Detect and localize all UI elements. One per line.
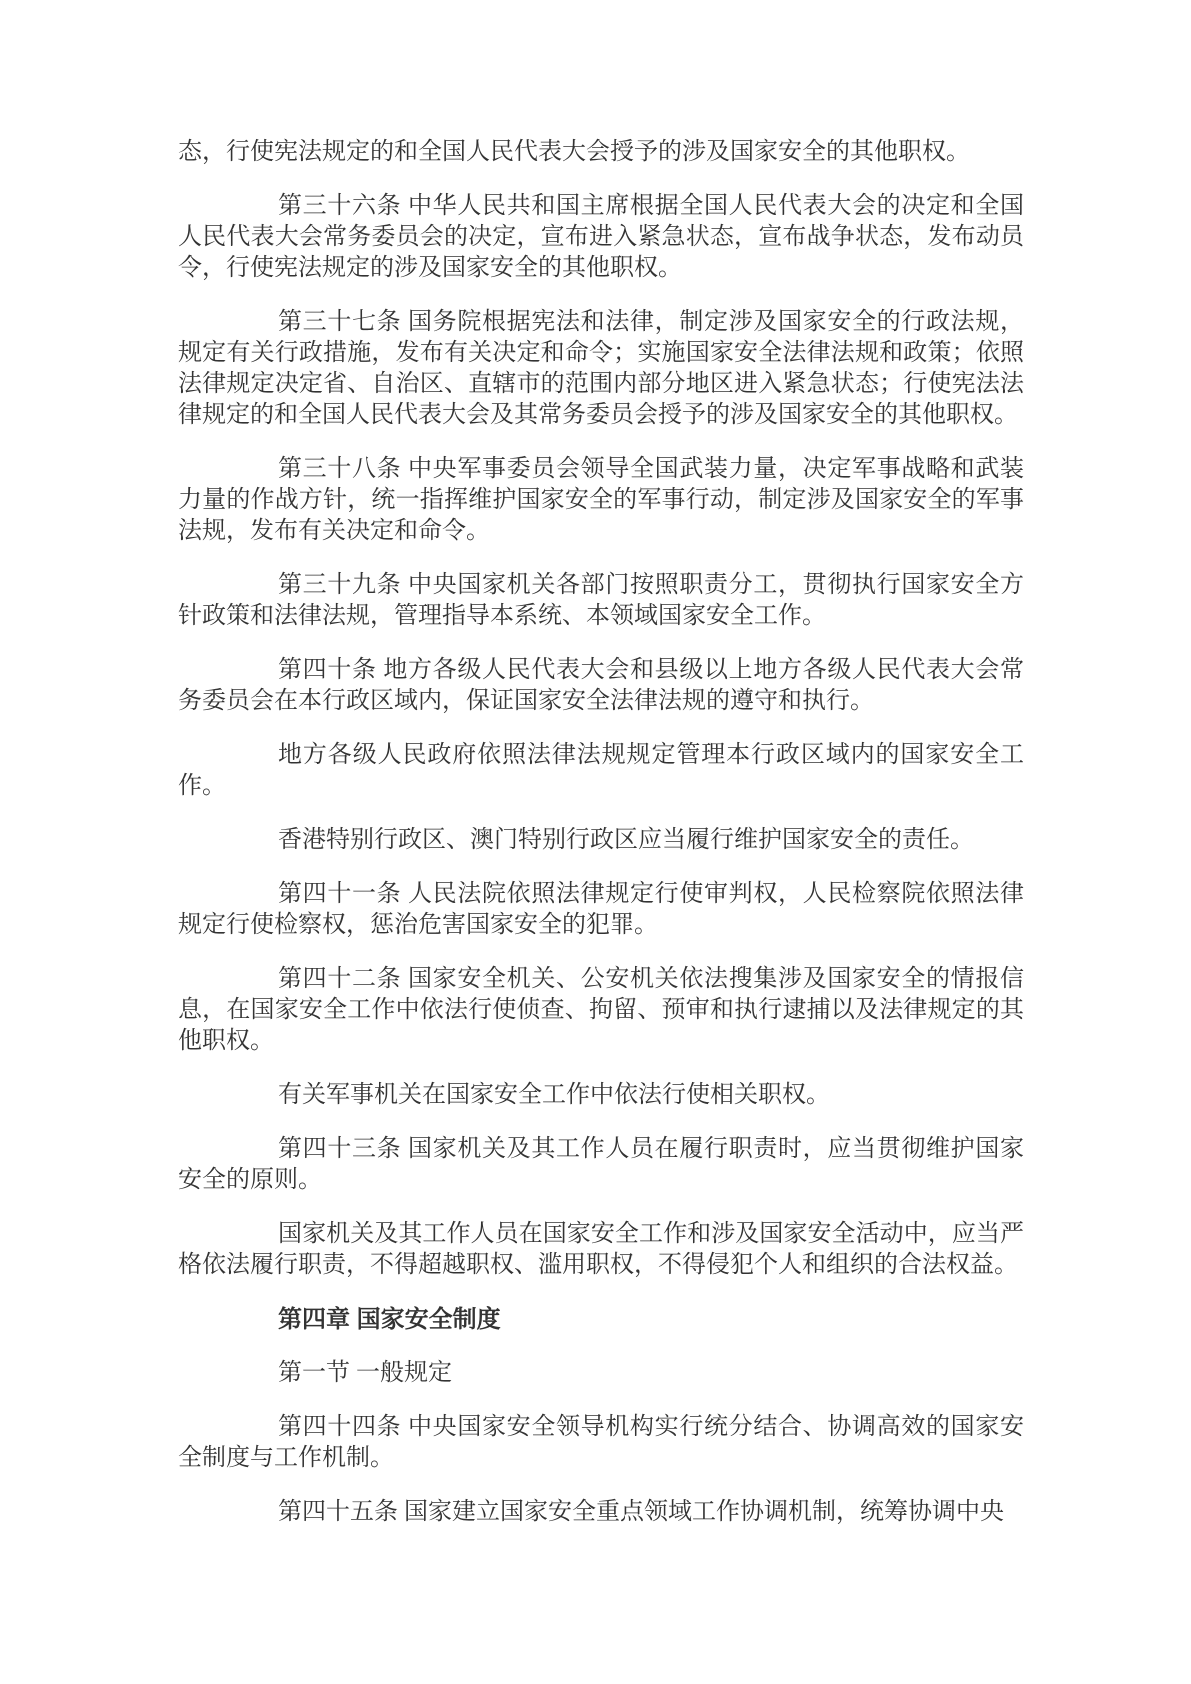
paragraph-continuation: 态，行使宪法规定的和全国人民代表大会授予的涉及国家安全的其他职权。 — [178, 137, 1024, 168]
paragraph: 第四十四条 中央国家安全领导机构实行统分结合、协调高效的国家安全制度与工作机制。 — [178, 1412, 1024, 1474]
paragraph: 国家机关及其工作人员在国家安全工作和涉及国家安全活动中，应当严格依法履行职责，不… — [178, 1219, 1024, 1281]
paragraph: 第四十条 地方各级人民代表大会和县级以上地方各级人民代表大会常务委员会在本行政区… — [178, 655, 1024, 717]
section-heading: 第一节 一般规定 — [178, 1358, 1024, 1389]
paragraph: 第四十五条 国家建立国家安全重点领域工作协调机制，统筹协调中央 — [178, 1497, 1024, 1528]
paragraph: 第三十八条 中央军事委员会领导全国武装力量，决定军事战略和武装力量的作战方针，统… — [178, 454, 1024, 547]
paragraph: 有关军事机关在国家安全工作中依法行使相关职权。 — [178, 1080, 1024, 1111]
document-body: 态，行使宪法规定的和全国人民代表大会授予的涉及国家安全的其他职权。第三十六条 中… — [178, 137, 1024, 1528]
paragraph: 第三十六条 中华人民共和国主席根据全国人民代表大会的决定和全国人民代表大会常务委… — [178, 191, 1024, 284]
paragraph: 香港特别行政区、澳门特别行政区应当履行维护国家安全的责任。 — [178, 825, 1024, 856]
document-page: 态，行使宪法规定的和全国人民代表大会授予的涉及国家安全的其他职权。第三十六条 中… — [0, 0, 1191, 1684]
chapter-heading: 第四章 国家安全制度 — [178, 1304, 1024, 1335]
paragraph: 第三十七条 国务院根据宪法和法律，制定涉及国家安全的行政法规，规定有关行政措施，… — [178, 307, 1024, 431]
paragraph: 地方各级人民政府依照法律法规规定管理本行政区域内的国家安全工作。 — [178, 740, 1024, 802]
paragraph: 第三十九条 中央国家机关各部门按照职责分工，贯彻执行国家安全方针政策和法律法规，… — [178, 570, 1024, 632]
paragraph: 第四十一条 人民法院依照法律规定行使审判权，人民检察院依照法律规定行使检察权，惩… — [178, 879, 1024, 941]
paragraph: 第四十三条 国家机关及其工作人员在履行职责时，应当贯彻维护国家安全的原则。 — [178, 1134, 1024, 1196]
paragraph: 第四十二条 国家安全机关、公安机关依法搜集涉及国家安全的情报信息，在国家安全工作… — [178, 964, 1024, 1057]
